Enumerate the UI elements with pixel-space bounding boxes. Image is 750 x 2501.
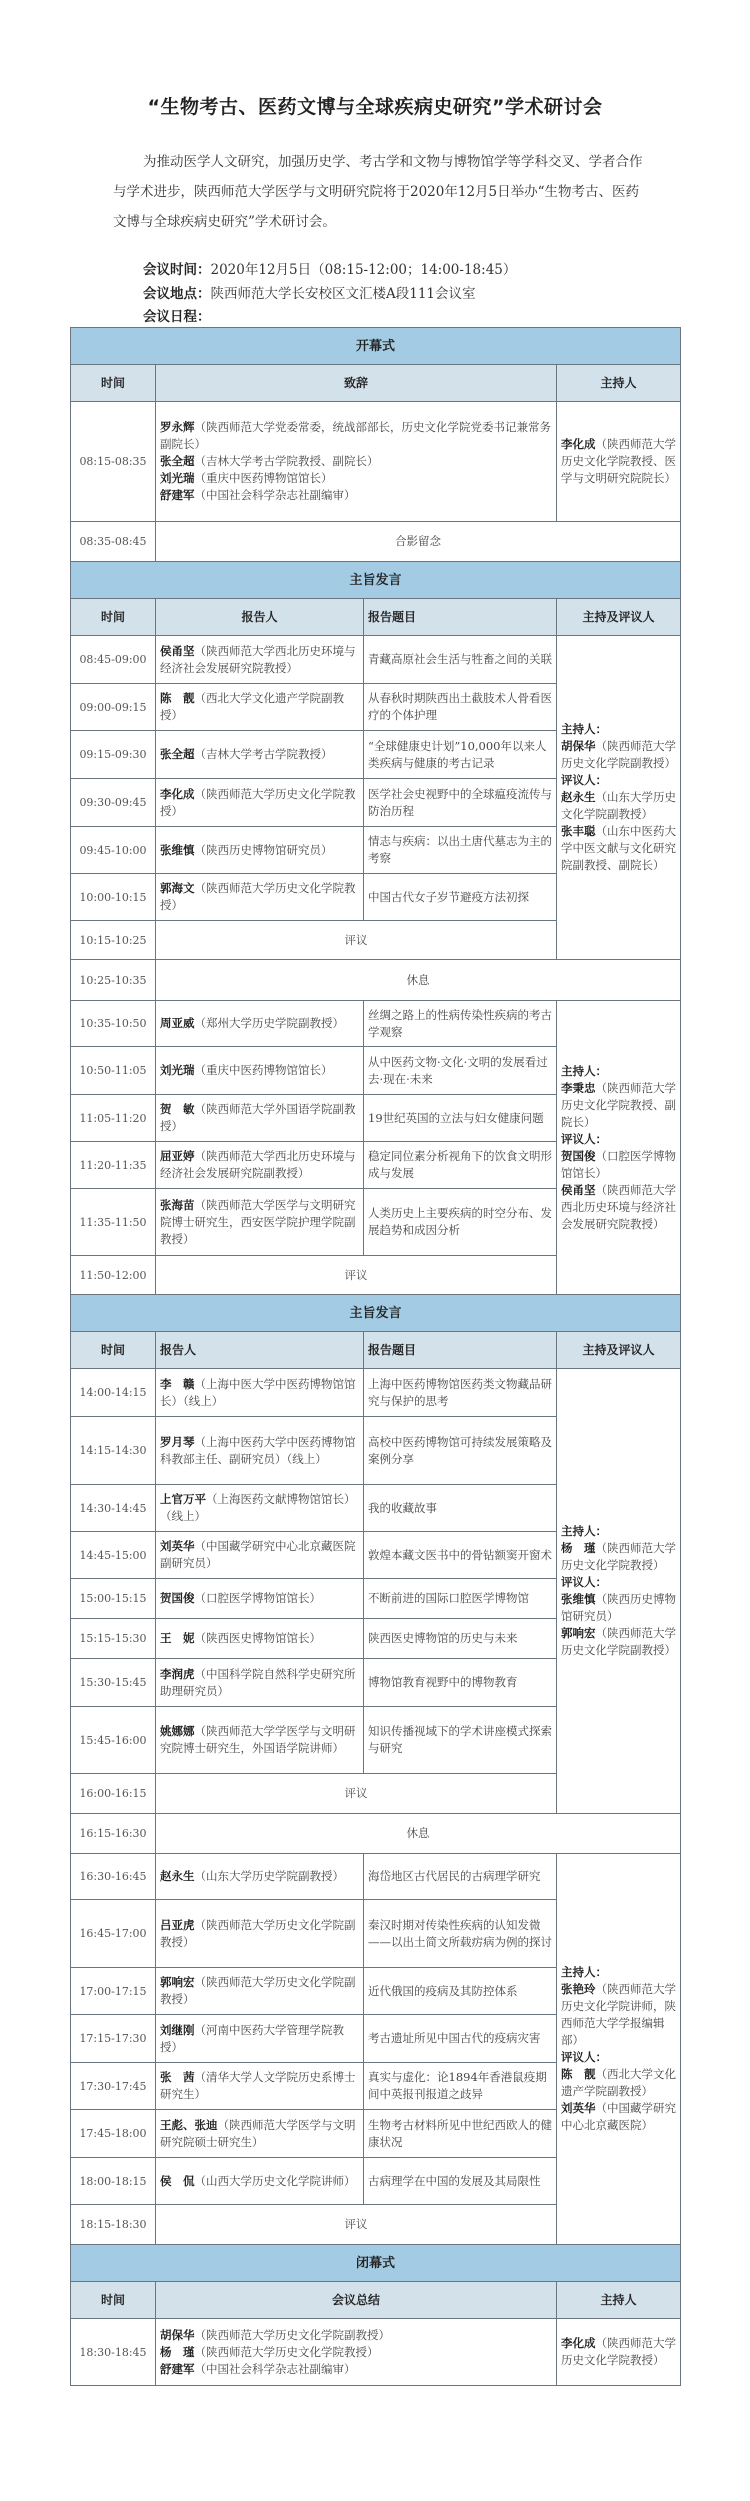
column-header-time: 时间 (71, 2282, 156, 2319)
time-cell: 09:00-09:15 (71, 684, 156, 731)
topic-cell: 上海中医药博物馆医药类文物藏品研究与保护的思考 (364, 1369, 557, 1417)
topic-cell: 情志与疾病：以出土唐代墓志为主的考察 (364, 827, 557, 874)
table-row: 08:45-09:00 侯甬坚（陕西师范大学西北历史环境与经济社会发展研究院教授… (71, 636, 681, 684)
speaker-cell: 罗月琴（上海中医药大学中医药博物馆科教部主任、副研究员）（线上） (156, 1417, 364, 1485)
speaker-cell: 姚娜娜（陕西师范大学学医学与文明研究院博士研究生，外国语学院讲师） (156, 1707, 364, 1774)
table-row: 10:35-10:50 周亚威（郑州大学历史学院副教授） 丝绸之路上的性病传染性… (71, 1001, 681, 1047)
time-cell: 14:30-14:45 (71, 1485, 156, 1532)
speaker: 舒建军（中国社会科学杂志社副编审） (160, 487, 552, 504)
speaker-cell: 侯甬坚（陕西师范大学西北历史环境与经济社会发展研究院教授） (156, 636, 364, 684)
topic-cell: 敦煌本藏文医书中的骨钻额窦开窗术 (364, 1532, 557, 1579)
table-row: 10:25-10:35 休息 (71, 960, 681, 1001)
speaker-cell: 郭响宏（陕西师范大学历史文化学院副教授） (156, 1968, 364, 2015)
speaker-cell: 郭海文（陕西师范大学历史文化学院教授） (156, 874, 364, 921)
section-opening-header: 开幕式 (71, 328, 681, 365)
section-keynote-morning-header: 主旨发言 (71, 562, 681, 599)
speaker-cell: 张全超（吉林大学考古学院教授） (156, 731, 364, 779)
time-cell: 16:00-16:15 (71, 1774, 156, 1814)
section-title: 主旨发言 (71, 562, 681, 599)
speaker: 杨 瑾（陕西师范大学历史文化学院教授） (160, 2344, 552, 2361)
speaker-cell: 贺国俊（口腔医学博物馆馆长） (156, 1579, 364, 1619)
section-title: 主旨发言 (71, 1295, 681, 1332)
column-header-speaker: 报告人 (156, 599, 364, 636)
comment-session-cell: 评议 (156, 1774, 557, 1814)
time-cell: 08:15-08:35 (71, 402, 156, 522)
column-header-speaker: 报告人 (156, 1332, 364, 1369)
time-cell: 18:30-18:45 (71, 2319, 156, 2386)
time-cell: 14:15-14:30 (71, 1417, 156, 1485)
time-cell: 09:30-09:45 (71, 779, 156, 827)
time-cell: 17:30-17:45 (71, 2063, 156, 2110)
topic-cell: 稳定同位素分析视角下的饮食文明形成与发展 (364, 1142, 557, 1189)
speaker-cell: 李润虎（中国科学院自然科学史研究所助理研究员） (156, 1659, 364, 1707)
speaker-cell: 赵永生（山东大学历史学院副教授） (156, 1854, 364, 1900)
speaker-cell: 侯 侃（山西大学历史文化学院讲师） (156, 2158, 364, 2205)
column-header-time: 时间 (71, 599, 156, 636)
time-cell: 10:00-10:15 (71, 874, 156, 921)
meeting-agenda: 会议日程： (143, 305, 211, 325)
intro-paragraph: 为推动医学人文研究，加强历史学、考古学和文物与博物馆学等学科交叉、学者合作与学术… (113, 147, 643, 237)
meeting-agenda-label: 会议日程： (143, 309, 211, 325)
opening-column-headers: 时间 致辞 主持人 (71, 365, 681, 402)
time-cell: 11:05-11:20 (71, 1095, 156, 1142)
time-cell: 09:45-10:00 (71, 827, 156, 874)
table-row: 08:15-08:35 罗永辉（陕西师范大学党委常委，统战部部长，历史文化学院党… (71, 402, 681, 522)
speaker: 罗永辉（陕西师范大学党委常委，统战部部长，历史文化学院党委书记兼常务副院长） (160, 419, 552, 453)
column-header-topic: 报告题目 (364, 1332, 557, 1369)
time-cell: 17:15-17:30 (71, 2015, 156, 2063)
topic-cell: 秦汉时期对传染性疾病的认知发微——以出土简文所载疠病为例的探讨 (364, 1900, 557, 1968)
speaker-cell: 王 妮（陕西医史博物馆馆长） (156, 1619, 364, 1659)
topic-cell: 真实与虚化：论1894年香港鼠疫期间中英报刊报道之歧异 (364, 2063, 557, 2110)
time-cell: 10:25-10:35 (71, 960, 156, 1001)
speaker: 舒建军（中国社会科学杂志社副编审） (160, 2361, 552, 2378)
meeting-time: 会议时间：2020年12月5日（08:15-12:00；14:00-18:45） (143, 258, 516, 278)
speaker-cell: 王彪、张迪（陕西师范大学医学与文明研究院硕士研究生） (156, 2110, 364, 2158)
comment-session-cell: 评议 (156, 2205, 557, 2245)
host-reviewer-cell: 主持人： 胡保华（陕西师范大学历史文化学院副教授） 评议人： 赵永生（山东大学历… (557, 636, 681, 960)
time-cell: 16:30-16:45 (71, 1854, 156, 1900)
time-cell: 15:45-16:00 (71, 1707, 156, 1774)
topic-cell: 中国古代女子岁节避疫方法初探 (364, 874, 557, 921)
time-cell: 17:45-18:00 (71, 2110, 156, 2158)
speaker-cell: 张维慎（陕西历史博物馆研究员） (156, 827, 364, 874)
time-cell: 09:15-09:30 (71, 731, 156, 779)
time-cell: 11:50-12:00 (71, 1256, 156, 1295)
photo-session-cell: 合影留念 (156, 522, 681, 562)
keynote-column-headers: 时间 报告人 报告题目 主持及评议人 (71, 1332, 681, 1369)
time-cell: 11:35-11:50 (71, 1189, 156, 1256)
speaker: 张全超（吉林大学考古学院教授、副院长） (160, 453, 552, 470)
meeting-place-value: 陕西师范大学长安校区文汇楼A段111会议室 (211, 286, 476, 302)
meeting-place-label: 会议地点： (143, 286, 211, 302)
topic-cell: 生物考古材料所见中世纪西欧人的健康状况 (364, 2110, 557, 2158)
speakers-cell: 胡保华（陕西师范大学历史文化学院副教授） 杨 瑾（陕西师范大学历史文化学院教授）… (156, 2319, 557, 2386)
speaker-cell: 李 赣（上海中医大学中医药博物馆馆长）（线上） (156, 1369, 364, 1417)
speaker-cell: 张 茜（清华大学人文学院历史系博士研究生） (156, 2063, 364, 2110)
time-cell: 18:15-18:30 (71, 2205, 156, 2245)
topic-cell: 古病理学在中国的发展及其局限性 (364, 2158, 557, 2205)
topic-cell: 知识传播视域下的学术讲座模式探索与研究 (364, 1707, 557, 1774)
time-cell: 08:35-08:45 (71, 522, 156, 562)
speaker-cell: 上官万平（上海医药文献博物馆馆长）（线上） (156, 1485, 364, 1532)
time-cell: 16:45-17:00 (71, 1900, 156, 1968)
topic-cell: 从春秋时期陕西出土截肢术人骨看医疗的个体护理 (364, 684, 557, 731)
speaker-cell: 刘光瑞（重庆中医药博物馆馆长） (156, 1047, 364, 1095)
time-cell: 17:00-17:15 (71, 1968, 156, 2015)
host-cell: 李化成（陕西师范大学历史文化学院教授、医学与文明研究院院长） (557, 402, 681, 522)
time-cell: 11:20-11:35 (71, 1142, 156, 1189)
table-row: 14:00-14:15 李 赣（上海中医大学中医药博物馆馆长）（线上） 上海中医… (71, 1369, 681, 1417)
topic-cell: 我的收藏故事 (364, 1485, 557, 1532)
topic-cell: 高校中医药博物馆可持续发展策略及案例分享 (364, 1417, 557, 1485)
topic-cell: 青藏高原社会生活与牲畜之间的关联 (364, 636, 557, 684)
host-reviewer-cell: 主持人： 杨 瑾（陕西师范大学历史文化学院教授） 评议人： 张维慎（陕西历史博物… (557, 1369, 681, 1814)
time-cell: 10:15-10:25 (71, 921, 156, 960)
meeting-time-value: 2020年12月5日（08:15-12:00；14:00-18:45） (211, 262, 517, 278)
column-header-topic: 报告题目 (364, 599, 557, 636)
section-title: 闭幕式 (71, 2245, 681, 2282)
time-cell: 14:00-14:15 (71, 1369, 156, 1417)
time-cell: 15:00-15:15 (71, 1579, 156, 1619)
time-cell: 10:35-10:50 (71, 1001, 156, 1047)
topic-cell: 从中医药文物·文化·文明的发展看过去·现在·未来 (364, 1047, 557, 1095)
column-header-host-reviewer: 主持及评议人 (557, 1332, 681, 1369)
speaker-cell: 刘继刚（河南中医药大学管理学院教授） (156, 2015, 364, 2063)
speaker-cell: 周亚威（郑州大学历史学院副教授） (156, 1001, 364, 1047)
speaker-cell: 屈亚婷（陕西师范大学西北历史环境与经济社会发展研究院副教授） (156, 1142, 364, 1189)
column-header-time: 时间 (71, 1332, 156, 1369)
time-cell: 10:50-11:05 (71, 1047, 156, 1095)
speaker-cell: 李化成（陕西师范大学历史文化学院教授） (156, 779, 364, 827)
speakers-cell: 罗永辉（陕西师范大学党委常委，统战部部长，历史文化学院党委书记兼常务副院长） 张… (156, 402, 557, 522)
closing-column-headers: 时间 会议总结 主持人 (71, 2282, 681, 2319)
topic-cell: 19世纪英国的立法与妇女健康问题 (364, 1095, 557, 1142)
topic-cell: 医学社会史视野中的全球瘟疫流传与防治历程 (364, 779, 557, 827)
column-header-host: 主持人 (557, 365, 681, 402)
topic-cell: 不断前进的国际口腔医学博物馆 (364, 1579, 557, 1619)
section-keynote-afternoon-header: 主旨发言 (71, 1295, 681, 1332)
speaker-cell: 吕亚虎（陕西师范大学历史文化学院副教授） (156, 1900, 364, 1968)
host-reviewer-cell: 主持人： 张艳玲（陕西师范大学历史文化学院讲师，陕西师范大学学报编辑部） 评议人… (557, 1854, 681, 2245)
comment-session-cell: 评议 (156, 1256, 557, 1295)
column-header-summary: 会议总结 (156, 2282, 557, 2319)
speaker-cell: 贺 敏（陕西师范大学外国语学院副教授） (156, 1095, 364, 1142)
topic-cell: 丝绸之路上的性病传染性疾病的考古学观察 (364, 1001, 557, 1047)
meeting-place: 会议地点：陕西师范大学长安校区文汇楼A段111会议室 (143, 282, 476, 302)
topic-cell: 考古遗址所见中国古代的疫病灾害 (364, 2015, 557, 2063)
column-header-host-reviewer: 主持及评议人 (557, 599, 681, 636)
topic-cell: 博物馆教育视野中的博物教育 (364, 1659, 557, 1707)
topic-cell: 陕西医史博物馆的历史与未来 (364, 1619, 557, 1659)
topic-cell: 海岱地区古代居民的古病理学研究 (364, 1854, 557, 1900)
section-closing-header: 闭幕式 (71, 2245, 681, 2282)
schedule-table: 开幕式 时间 致辞 主持人 08:15-08:35 罗永辉（陕西师范大学党委常委… (70, 327, 681, 2386)
topic-cell: “全球健康史计划”10,000年以来人类疾病与健康的考古记录 (364, 731, 557, 779)
column-header-host: 主持人 (557, 2282, 681, 2319)
table-row: 16:30-16:45 赵永生（山东大学历史学院副教授） 海岱地区古代居民的古病… (71, 1854, 681, 1900)
section-title: 开幕式 (71, 328, 681, 365)
time-cell: 15:30-15:45 (71, 1659, 156, 1707)
time-cell: 18:00-18:15 (71, 2158, 156, 2205)
keynote-column-headers: 时间 报告人 报告题目 主持及评议人 (71, 599, 681, 636)
comment-session-cell: 评议 (156, 921, 557, 960)
topic-cell: 人类历史上主要疾病的时空分布、发展趋势和成因分析 (364, 1189, 557, 1256)
break-cell: 休息 (156, 960, 681, 1001)
break-cell: 休息 (156, 1814, 681, 1854)
speaker: 刘光瑞（重庆中医药博物馆馆长） (160, 470, 552, 487)
table-row: 16:15-16:30 休息 (71, 1814, 681, 1854)
table-row: 18:30-18:45 胡保华（陕西师范大学历史文化学院副教授） 杨 瑾（陕西师… (71, 2319, 681, 2386)
speaker-cell: 陈 靓（西北大学文化遗产学院副教授） (156, 684, 364, 731)
speaker-cell: 刘英华（中国藏学研究中心北京藏医院副研究员） (156, 1532, 364, 1579)
page-title: “生物考古、医药文博与全球疾病史研究”学术研讨会 (0, 92, 750, 119)
table-row: 08:35-08:45 合影留念 (71, 522, 681, 562)
meeting-time-label: 会议时间： (143, 262, 211, 278)
host-cell: 李化成（陕西师范大学历史文化学院教授） (557, 2319, 681, 2386)
time-cell: 14:45-15:00 (71, 1532, 156, 1579)
host-reviewer-cell: 主持人： 李秉忠（陕西师范大学历史文化学院教授、副院长） 评议人： 贺国俊（口腔… (557, 1001, 681, 1295)
time-cell: 08:45-09:00 (71, 636, 156, 684)
topic-cell: 近代俄国的疫病及其防控体系 (364, 1968, 557, 2015)
speaker-cell: 张海苗（陕西师范大学医学与文明研究院博士研究生，西安医学院护理学院副教授） (156, 1189, 364, 1256)
column-header-speech: 致辞 (156, 365, 557, 402)
column-header-time: 时间 (71, 365, 156, 402)
time-cell: 15:15-15:30 (71, 1619, 156, 1659)
speaker: 胡保华（陕西师范大学历史文化学院副教授） (160, 2327, 552, 2344)
time-cell: 16:15-16:30 (71, 1814, 156, 1854)
